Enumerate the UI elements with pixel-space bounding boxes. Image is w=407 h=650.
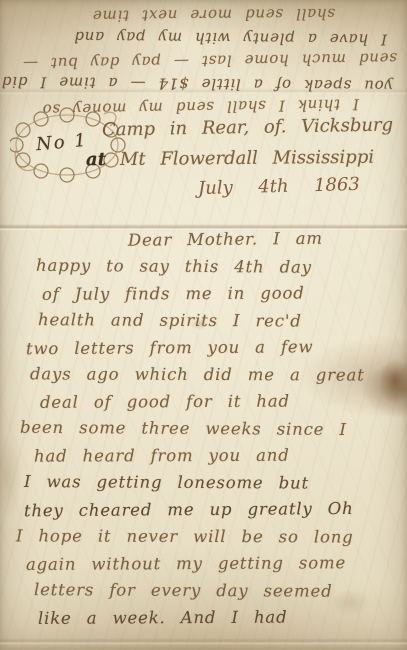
body-line: days ago which did me a great [0, 364, 407, 392]
letter-body: Dear Mother. I am happy to say this 4th … [0, 230, 407, 635]
body-line: like a week. And I had [0, 607, 407, 636]
fold-crease-bottom [0, 638, 407, 645]
flipped-note-line: send much home last — pay day but — [2, 44, 405, 73]
body-line: happy to say this 4th day [0, 256, 407, 286]
body-line: health and spirits I rec'd [0, 310, 407, 339]
body-line: I hope it never will be so long [0, 526, 407, 554]
flipped-note: I think I shall send my money so you spe… [2, 0, 405, 116]
body-line: again without my getting some [0, 553, 407, 582]
body-line: Dear Mother. I am [0, 228, 407, 259]
header-date-line: July 4th 1863 [198, 174, 360, 199]
flipped-note-line: shall send more next time [2, 0, 405, 26]
header-place-line1: Camp in Rear, of. Vicksburg [102, 114, 393, 140]
header-place-rest: Mt Flowerdall Mississippi [120, 147, 374, 170]
body-line: had heard from you and [0, 445, 407, 473]
flipped-note-line: I have a plenty with my pay and [2, 22, 405, 49]
letter-number-label: No 1 [35, 130, 88, 155]
body-line: two letters from you a few [0, 337, 407, 367]
letter-page: I think I shall send my money so you spe… [0, 0, 407, 650]
body-line: been some three weeks since I [0, 418, 407, 448]
number-doodle: No 1 [10, 106, 126, 188]
body-line: deal of good for it had [0, 391, 407, 420]
body-line: letters for every day seemed [0, 580, 407, 609]
body-line: they cheared me up greatly Oh [0, 499, 407, 529]
body-line: I was getting lonesome but [0, 472, 407, 501]
header-place-at: at [86, 149, 106, 170]
header-place-line2: atMt Flowerdall Mississippi [86, 147, 374, 171]
body-line: of July finds me in good [0, 283, 407, 312]
